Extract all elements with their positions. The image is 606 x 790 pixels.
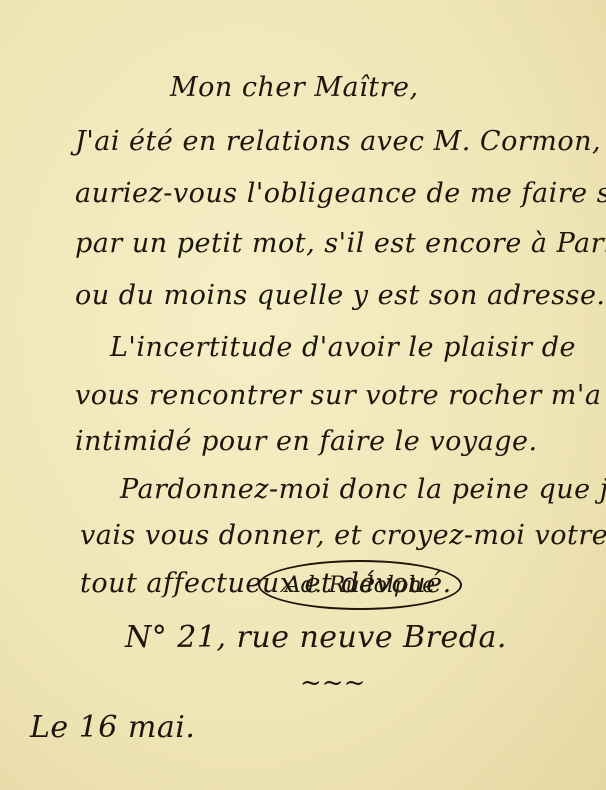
letter-line: intimidé pour en faire le voyage. [75,426,538,457]
letter-line: ou du moins quelle y est son adresse. [75,280,606,311]
address: N° 21, rue neuve Breda. [125,620,507,655]
letter-line: vous rencontrer sur votre rocher m'a [75,380,601,411]
letter-line: J'ai été en relations avec M. Cormon, [75,126,601,157]
signature: Ad. Rudolphe [258,560,462,610]
letter-line: Pardonnez-moi donc la peine que je [120,474,606,505]
letter-line: vais vous donner, et croyez-moi votre [80,520,606,551]
flourish: ~~~ [300,668,365,698]
letter-line: auriez-vous l'obligeance de me faire sav… [75,178,606,209]
date: Le 16 mai. [30,710,195,745]
salutation: Mon cher Maître, [170,72,419,103]
letter-line: L'incertitude d'avoir le plaisir de [110,332,576,363]
letter-page: Mon cher Maître, J'ai été en relations a… [0,0,606,790]
letter-line: par un petit mot, s'il est encore à Pari… [75,228,606,259]
